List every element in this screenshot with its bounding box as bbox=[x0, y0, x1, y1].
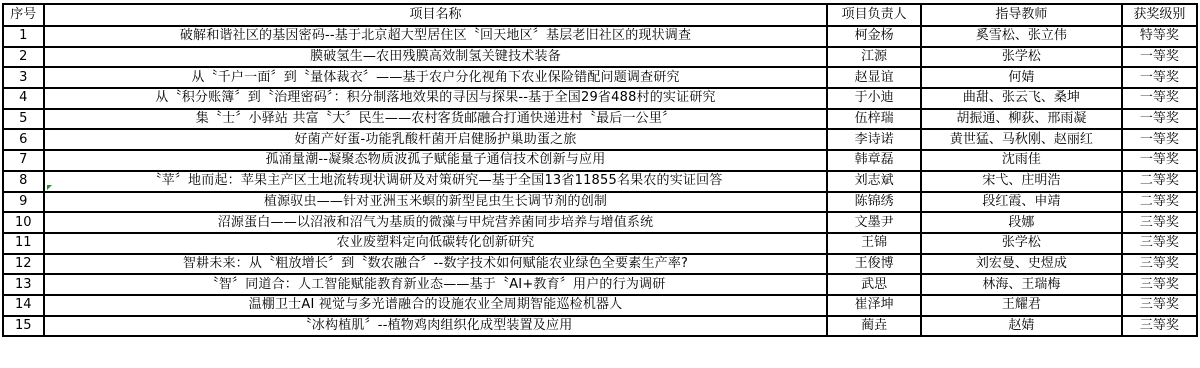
row-index: 8 bbox=[3, 171, 44, 192]
table-row: 15〝冰构植肌〞--植物鸡肉组织化成型装置及应用蔺垚赵婧三等奖 bbox=[3, 316, 1197, 337]
row-project-name: 破解和谐社区的基因密码--基于北京超大型居住区〝回天地区〞基层老旧社区的现状调查 bbox=[44, 26, 828, 47]
table-row: 10沼源蛋白——以沼液和沼气为基质的微藻与甲烷营养菌同步培养与增值系统文墨尹段娜… bbox=[3, 212, 1197, 233]
row-project-name: 集〝士〞小驿站 共富〝大〞民生——农村客货邮融合打通快递进村〝最后一公里〞 bbox=[44, 109, 828, 130]
table-row: 8〝苹〞地而起：苹果主产区土地流转现状调研及对策研究—基于全国13省11855名… bbox=[3, 171, 1197, 192]
row-tutor: 王耀君 bbox=[921, 295, 1122, 316]
row-project-name: 〝冰构植肌〞--植物鸡肉组织化成型装置及应用 bbox=[44, 316, 828, 337]
row-project-name: 好菌产好蛋-功能乳酸杆菌开启健肠护巢助蛋之旅 bbox=[44, 129, 828, 150]
row-tutor: 赵婧 bbox=[921, 316, 1122, 337]
row-project-name: 智耕未来：从〝粗放增长〞到〝数农融合〞--数字技术如何赋能农业绿色全要素生产率? bbox=[44, 254, 828, 275]
row-award: 一等奖 bbox=[1122, 129, 1197, 150]
row-index: 13 bbox=[3, 274, 44, 295]
row-leader: 王俊博 bbox=[827, 254, 920, 275]
row-tutor: 胡振通、柳荻、邢雨凝 bbox=[921, 109, 1122, 130]
row-leader: 武思 bbox=[827, 274, 920, 295]
row-tutor: 黄世猛、马秋刚、赵丽红 bbox=[921, 129, 1122, 150]
row-leader: 于小迪 bbox=[827, 88, 920, 109]
row-project-name: 孤涌量潮--凝聚态物质波孤子赋能量子通信技术创新与应用 bbox=[44, 150, 828, 171]
row-award: 三等奖 bbox=[1122, 254, 1197, 275]
row-index: 6 bbox=[3, 129, 44, 150]
table-row: 7孤涌量潮--凝聚态物质波孤子赋能量子通信技术创新与应用韩章磊沈雨佳一等奖 bbox=[3, 150, 1197, 171]
cell-comment-marker-icon bbox=[47, 185, 52, 190]
row-leader: 江源 bbox=[827, 47, 920, 68]
row-award: 一等奖 bbox=[1122, 109, 1197, 130]
row-project-name: 〝智〞同道合：人工智能赋能教育新业态——基于〝AI+教育〞用户的行为调研 bbox=[44, 274, 828, 295]
row-index: 2 bbox=[3, 47, 44, 68]
row-leader: 蔺垚 bbox=[827, 316, 920, 337]
row-award: 三等奖 bbox=[1122, 316, 1197, 337]
table-row: 4从〝积分账簿〞到〝治理密码〞：积分制落地效果的寻因与探果--基于全国29省48… bbox=[3, 88, 1197, 109]
row-project-name: 农业废塑料定向低碳转化创新研究 bbox=[44, 233, 828, 254]
row-award: 一等奖 bbox=[1122, 88, 1197, 109]
row-tutor: 段娜 bbox=[921, 212, 1122, 233]
table-row: 5集〝士〞小驿站 共富〝大〞民生——农村客货邮融合打通快递进村〝最后一公里〞伍梓… bbox=[3, 109, 1197, 130]
table-row: 3从〝千户一面〞到〝量体裁衣〞——基于农户分化视角下农业保险错配问题调查研究赵显… bbox=[3, 67, 1197, 88]
header-tutor: 指导教师 bbox=[921, 4, 1122, 26]
row-index: 11 bbox=[3, 233, 44, 254]
header-row: 序号 项目名称 项目负责人 指导教师 获奖级别 bbox=[3, 4, 1197, 26]
row-project-name: 从〝千户一面〞到〝量体裁衣〞——基于农户分化视角下农业保险错配问题调查研究 bbox=[44, 67, 828, 88]
table-row: 13〝智〞同道合：人工智能赋能教育新业态——基于〝AI+教育〞用户的行为调研武思… bbox=[3, 274, 1197, 295]
row-index: 3 bbox=[3, 67, 44, 88]
header-project-name: 项目名称 bbox=[44, 4, 828, 26]
row-index: 12 bbox=[3, 254, 44, 275]
row-tutor: 曲甜、张云飞、桑坤 bbox=[921, 88, 1122, 109]
row-award: 二等奖 bbox=[1122, 171, 1197, 192]
row-tutor: 林海、王瑞梅 bbox=[921, 274, 1122, 295]
table-row: 12智耕未来：从〝粗放增长〞到〝数农融合〞--数字技术如何赋能农业绿色全要素生产… bbox=[3, 254, 1197, 275]
row-leader: 王锦 bbox=[827, 233, 920, 254]
row-index: 15 bbox=[3, 316, 44, 337]
row-project-name: 温棚卫士AI 视觉与多光谱融合的设施农业全周期智能巡检机器人 bbox=[44, 295, 828, 316]
row-index: 1 bbox=[3, 26, 44, 47]
row-project-name: 〝苹〞地而起：苹果主产区土地流转现状调研及对策研究—基于全国13省11855名果… bbox=[44, 171, 828, 192]
row-project-name: 植源驭虫——针对亚洲玉米螟的新型昆虫生长调节剂的创制 bbox=[44, 192, 828, 213]
row-tutor: 沈雨佳 bbox=[921, 150, 1122, 171]
row-leader: 崔泽坤 bbox=[827, 295, 920, 316]
row-leader: 李诗诺 bbox=[827, 129, 920, 150]
row-award: 一等奖 bbox=[1122, 150, 1197, 171]
row-index: 5 bbox=[3, 109, 44, 130]
row-award: 二等奖 bbox=[1122, 192, 1197, 213]
header-index: 序号 bbox=[3, 4, 44, 26]
row-award: 三等奖 bbox=[1122, 274, 1197, 295]
row-award: 三等奖 bbox=[1122, 295, 1197, 316]
row-leader: 伍梓瑞 bbox=[827, 109, 920, 130]
row-project-name: 膜破氢生—农田残膜高效制氢关键技术装备 bbox=[44, 47, 828, 68]
row-index: 14 bbox=[3, 295, 44, 316]
row-index: 10 bbox=[3, 212, 44, 233]
row-leader: 韩章磊 bbox=[827, 150, 920, 171]
row-index: 7 bbox=[3, 150, 44, 171]
row-award: 特等奖 bbox=[1122, 26, 1197, 47]
table-row: 2膜破氢生—农田残膜高效制氢关键技术装备江源张学松一等奖 bbox=[3, 47, 1197, 68]
table-row: 1破解和谐社区的基因密码--基于北京超大型居住区〝回天地区〞基层老旧社区的现状调… bbox=[3, 26, 1197, 47]
row-tutor: 张学松 bbox=[921, 47, 1122, 68]
table-row: 6好菌产好蛋-功能乳酸杆菌开启健肠护巢助蛋之旅李诗诺黄世猛、马秋刚、赵丽红一等奖 bbox=[3, 129, 1197, 150]
row-leader: 刘志斌 bbox=[827, 171, 920, 192]
row-tutor: 奚雪松、张立伟 bbox=[921, 26, 1122, 47]
row-tutor: 何婧 bbox=[921, 67, 1122, 88]
award-table: 序号 项目名称 项目负责人 指导教师 获奖级别 1破解和谐社区的基因密码--基于… bbox=[2, 3, 1198, 337]
table-row: 14温棚卫士AI 视觉与多光谱融合的设施农业全周期智能巡检机器人崔泽坤王耀君三等… bbox=[3, 295, 1197, 316]
row-leader: 文墨尹 bbox=[827, 212, 920, 233]
table-row: 9植源驭虫——针对亚洲玉米螟的新型昆虫生长调节剂的创制陈锦绣段红霞、申靖二等奖 bbox=[3, 192, 1197, 213]
row-tutor: 宋弋、庄明浩 bbox=[921, 171, 1122, 192]
header-award: 获奖级别 bbox=[1122, 4, 1197, 26]
row-leader: 柯金杨 bbox=[827, 26, 920, 47]
row-tutor: 刘宏曼、史煜成 bbox=[921, 254, 1122, 275]
row-award: 三等奖 bbox=[1122, 212, 1197, 233]
table-row: 11农业废塑料定向低碳转化创新研究王锦张学松三等奖 bbox=[3, 233, 1197, 254]
row-award: 三等奖 bbox=[1122, 233, 1197, 254]
row-award: 一等奖 bbox=[1122, 67, 1197, 88]
row-index: 9 bbox=[3, 192, 44, 213]
row-award: 一等奖 bbox=[1122, 47, 1197, 68]
row-leader: 陈锦绣 bbox=[827, 192, 920, 213]
row-project-name: 沼源蛋白——以沼液和沼气为基质的微藻与甲烷营养菌同步培养与增值系统 bbox=[44, 212, 828, 233]
header-leader: 项目负责人 bbox=[827, 4, 920, 26]
row-tutor: 张学松 bbox=[921, 233, 1122, 254]
row-leader: 赵显谊 bbox=[827, 67, 920, 88]
row-project-name: 从〝积分账簿〞到〝治理密码〞：积分制落地效果的寻因与探果--基于全国29省488… bbox=[44, 88, 828, 109]
table-body: 1破解和谐社区的基因密码--基于北京超大型居住区〝回天地区〞基层老旧社区的现状调… bbox=[3, 26, 1197, 336]
row-index: 4 bbox=[3, 88, 44, 109]
row-tutor: 段红霞、申靖 bbox=[921, 192, 1122, 213]
